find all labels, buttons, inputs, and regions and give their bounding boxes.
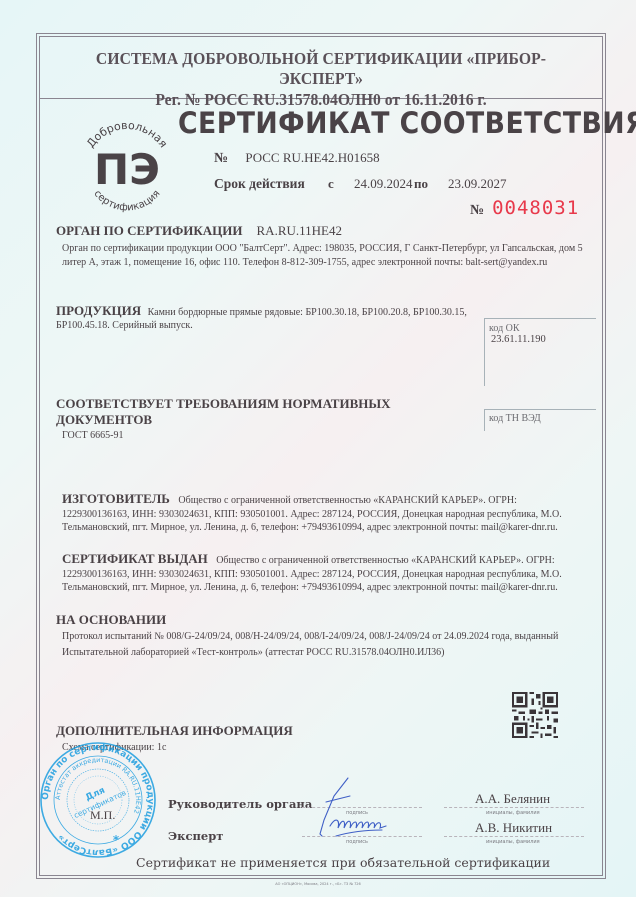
certificate-number-row: № РОСС RU.НЕ42.Н01658: [214, 150, 380, 167]
basis-title: НА ОСНОВАНИИ: [56, 612, 604, 628]
svg-text:*: *: [113, 833, 120, 847]
voluntary-certification-note: Сертификат не применяется при обязательн…: [136, 855, 550, 870]
certification-body-text: Орган по сертификации продукции ООО "Бал…: [62, 242, 596, 269]
expert-name-line: [444, 836, 584, 837]
certification-body-section: ОРГАН ПО СЕРТИФИКАЦИИ RA.RU.11НЕ42 Орган…: [56, 222, 596, 269]
head-name-line: [444, 807, 584, 808]
ok-code-value: 23.61.11.190: [491, 334, 596, 345]
manufacturer-title: ИЗГОТОВИТЕЛЬ: [62, 491, 170, 506]
serial-value: 0048031: [492, 197, 579, 219]
issued-to-line-1: Общество с ограниченной ответственностью…: [216, 555, 554, 566]
ok-code-label: код ОК: [489, 323, 596, 334]
expert-name-caption: инициалы, фамилия: [486, 839, 540, 845]
manufacturer-section: ИЗГОТОВИТЕЛЬ Общество с ограниченной отв…: [56, 492, 604, 535]
issued-to-title: СЕРТИФИКАТ ВЫДАН: [62, 551, 208, 566]
validity-period: Срок действия с 24.09.2024 по 23.09.2027: [214, 176, 305, 192]
expert-name: А.В. Никитин: [475, 820, 552, 836]
serial-label: №: [470, 203, 484, 218]
product-section: ПРОДУКЦИЯ Камни бордюрные прямые рядовые…: [56, 304, 476, 332]
number-label: №: [214, 151, 228, 166]
tnved-code-box: код ТН ВЭД: [484, 409, 596, 431]
to-label: по: [414, 176, 428, 192]
valid-to-date: 23.09.2027: [448, 176, 507, 192]
certification-body-code: RA.RU.11НЕ42: [257, 223, 342, 238]
logo-letters: ПЭ: [94, 145, 160, 194]
normative-documents: ГОСТ 6665-91: [62, 429, 476, 443]
serial-number: № 0048031: [470, 197, 579, 219]
head-of-body-label: Руководитель органа: [168, 797, 312, 811]
pe-logo-icon: Добровольная ПЭ сертификация: [72, 110, 182, 220]
qr-code[interactable]: [512, 692, 558, 738]
system-name: СИСТЕМА ДОБРОВОЛЬНОЙ СЕРТИФИКАЦИИ «ПРИБО…: [62, 49, 579, 89]
expert-label: Эксперт: [168, 829, 223, 843]
basis-line-1: Протокол испытаний № 008/G-24/09/24, 008…: [62, 630, 604, 644]
issued-to-section: СЕРТИФИКАТ ВЫДАН Общество с ограниченной…: [56, 552, 604, 595]
additional-info-title: ДОПОЛНИТЕЛЬНАЯ ИНФОРМАЦИЯ: [56, 723, 356, 739]
valid-from-date: 24.09.2024: [354, 176, 413, 192]
tnved-code-label: код ТН ВЭД: [489, 413, 596, 424]
certification-body-title: ОРГАН ПО СЕРТИФИКАЦИИ: [56, 223, 243, 238]
handwritten-signature: [310, 776, 410, 846]
basis-section: НА ОСНОВАНИИ Протокол испытаний № 008/G-…: [56, 612, 604, 659]
certificate-number: РОСС RU.НЕ42.Н01658: [245, 150, 379, 165]
manufacturer-line-3: Тельмановский, пгт. Мирное, ул. Ленина, …: [62, 521, 604, 535]
printer-info: АО «ОПЦИОН», Москва, 2024 г., «Б». ТЗ № …: [0, 882, 636, 886]
from-label: с: [328, 176, 334, 192]
certification-body-stamp: Орган по сертификации продукции ООО «Бал…: [38, 740, 158, 860]
pe-logo: Добровольная ПЭ сертификация: [72, 110, 182, 220]
manufacturer-line-2: 1229300136163, ИНН: 9303024631, КПП: 930…: [62, 508, 604, 522]
head-of-body-name: А.А. Белянин: [475, 791, 550, 807]
validity-label: Срок действия: [214, 176, 305, 191]
issued-to-line-3: Тельмановский, пгт. Мирное, ул. Ленина, …: [62, 581, 604, 595]
issued-to-line-2: 1229300136163, ИНН: 9303024631, КПП: 930…: [62, 568, 604, 582]
certificate-title: СЕРТИФИКАТ СООТВЕТСТВИЯ: [178, 106, 636, 140]
manufacturer-line-1: Общество с ограниченной ответственностью…: [178, 495, 516, 506]
qr-code-icon: [512, 692, 558, 738]
seal-place-label: М.П.: [90, 808, 115, 823]
ok-code-box: код ОК 23.61.11.190: [484, 318, 596, 386]
basis-line-2: Испытательной лабораторией «Тест-контрол…: [62, 646, 604, 660]
conformity-title: СООТВЕТСТВУЕТ ТРЕБОВАНИЯМ НОРМАТИВНЫХ ДО…: [56, 396, 476, 428]
conformity-section: СООТВЕТСТВУЕТ ТРЕБОВАНИЯМ НОРМАТИВНЫХ ДО…: [56, 396, 476, 443]
head-name-caption: инициалы, фамилия: [486, 810, 540, 816]
certification-system-header: СИСТЕМА ДОБРОВОЛЬНОЙ СЕРТИФИКАЦИИ «ПРИБО…: [40, 37, 602, 99]
stamp-icon: Орган по сертификации продукции ООО «Бал…: [38, 740, 158, 860]
product-title: ПРОДУКЦИЯ: [56, 303, 141, 318]
